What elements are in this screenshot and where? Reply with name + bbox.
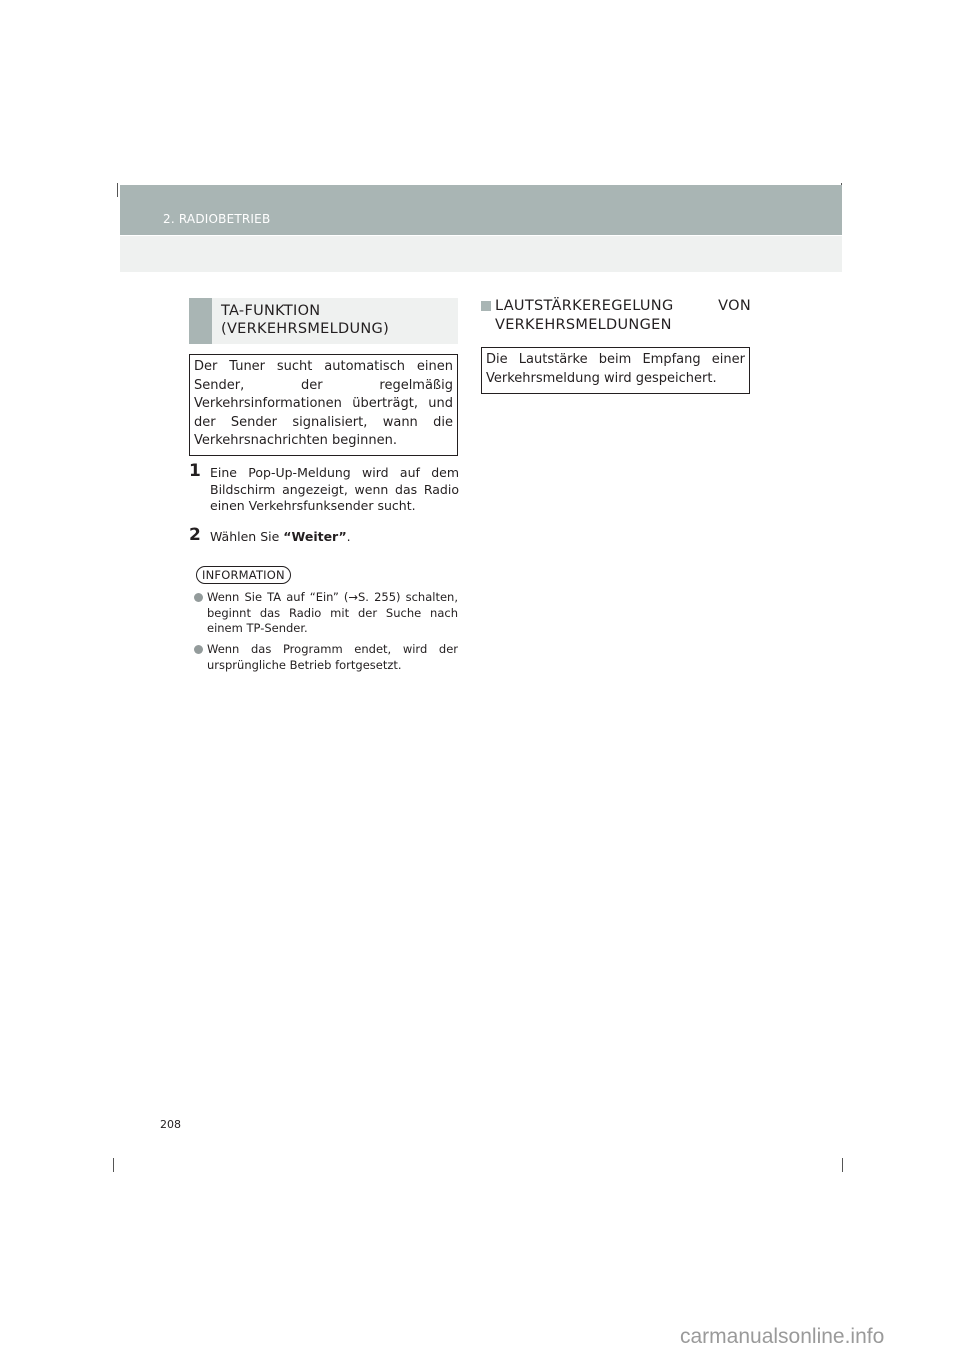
bullet-icon xyxy=(194,593,203,602)
section-title: TA-FUNKTION (VERKEHRSMELDUNG) xyxy=(221,302,389,338)
info-item: Wenn das Programm endet, wird der ursprü… xyxy=(194,642,458,673)
header-subband xyxy=(120,236,842,272)
chapter-header: 2. RADIOBETRIEB xyxy=(120,185,842,235)
section-heading-bar xyxy=(189,298,212,344)
bullet-icon xyxy=(194,645,203,654)
step-number: 2 xyxy=(189,527,201,544)
page-number: 208 xyxy=(160,1118,181,1131)
square-bullet-icon xyxy=(481,301,491,311)
step-text: Wählen Sie “Weiter”. xyxy=(210,529,459,546)
weiter-button-label: “Weiter” xyxy=(283,529,346,544)
crop-mark-top-left xyxy=(117,183,118,197)
section-intro-box: Der Tuner sucht automatisch einen Sender… xyxy=(189,354,458,456)
watermark: carmanualsonline.info xyxy=(680,1325,884,1349)
section-heading: TA-FUNKTION (VERKEHRSMELDUNG) xyxy=(189,298,458,344)
step-1: 1 Eine Pop-Up-Meldung wird auf dem Bilds… xyxy=(189,465,459,515)
info-item: Wenn Sie TA auf “Ein” (→S. 255) schalten… xyxy=(194,590,458,637)
crop-mark-bottom-right xyxy=(842,1158,843,1172)
information-label: INFORMATION xyxy=(196,566,291,584)
subsection-intro-box: Die Lautstärke beim Empfang einer Verkeh… xyxy=(481,347,750,394)
step-2: 2 Wählen Sie “Weiter”. xyxy=(189,529,459,546)
chapter-title: 2. RADIOBETRIEB xyxy=(163,212,270,226)
crop-mark-bottom-left xyxy=(113,1158,114,1172)
step-number: 1 xyxy=(189,463,201,480)
step-text: Eine Pop-Up-Meldung wird auf dem Bildsch… xyxy=(210,465,459,515)
